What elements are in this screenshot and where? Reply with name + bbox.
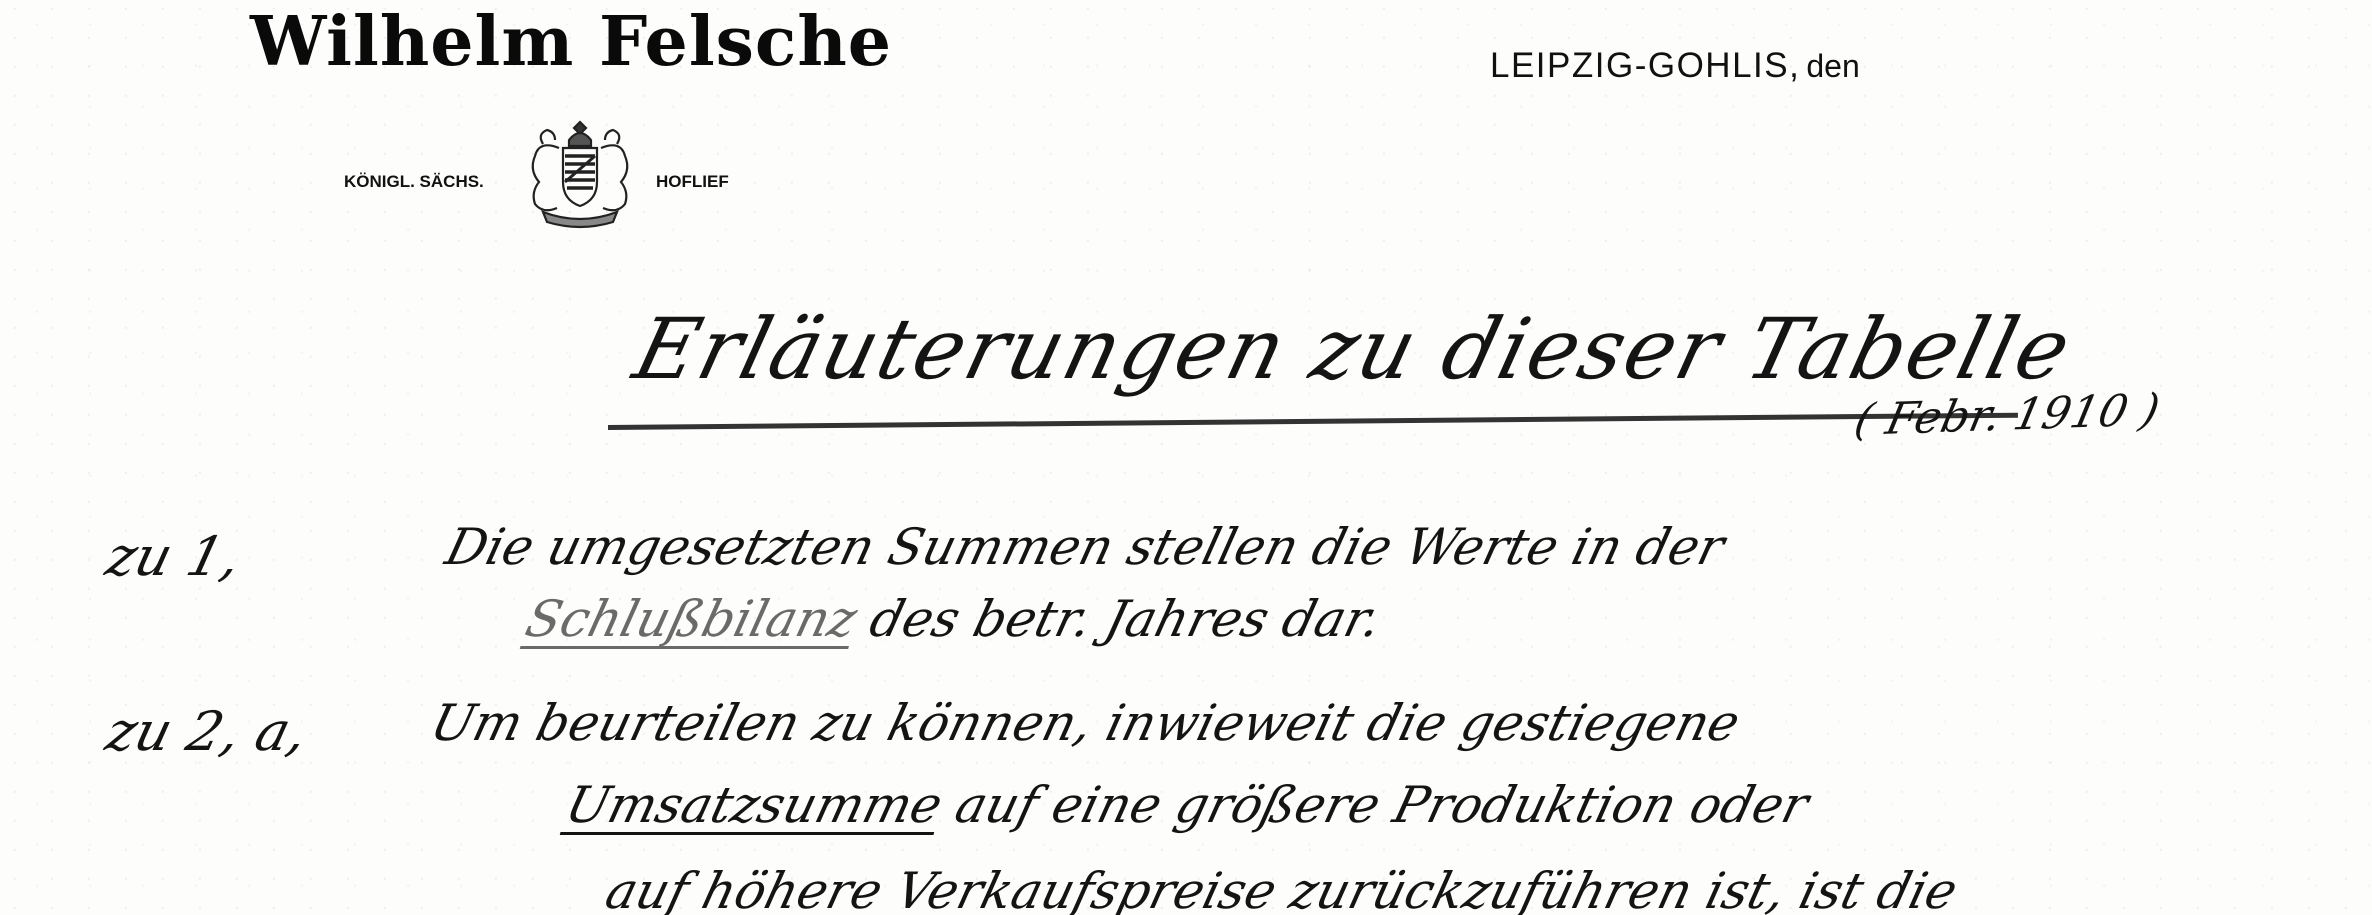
line-continuation: des betr. Jahres dar. bbox=[848, 590, 1387, 648]
underlined-term: Umsatzsumme bbox=[560, 776, 948, 834]
section-2a-line-3: auf höhere Verkaufspreise zurückzuführen… bbox=[600, 862, 1963, 915]
royal-warrant-left: KÖNIGL. SÄCHS. bbox=[344, 172, 484, 192]
section-label-1: zu 1, bbox=[100, 525, 248, 588]
line-continuation: auf eine größere Produktion oder bbox=[934, 776, 1814, 834]
royal-warrant-right: HOFLIEF bbox=[656, 172, 729, 192]
section-1-line-1: Die umgesetzten Summen stellen die Werte… bbox=[440, 518, 1730, 576]
document-title: Erläuterungen zu dieser Tabelle bbox=[625, 300, 2082, 398]
section-2a-line-1: Um beurteilen zu können, inwieweit die g… bbox=[425, 694, 1746, 752]
date-prefix: den bbox=[1806, 48, 1859, 84]
underlined-term: Schlußbilanz bbox=[520, 590, 863, 648]
place-date-line: LEIPZIG-GOHLIS,den bbox=[1490, 46, 1860, 86]
section-2a-line-2: Umsatzsumme auf eine größere Produktion … bbox=[560, 776, 1814, 834]
coat-of-arms-icon bbox=[525, 118, 635, 230]
document-page: Wilhelm Felsche LEIPZIG-GOHLIS,den KÖNIG… bbox=[0, 0, 2372, 915]
firm-name: Wilhelm Felsche bbox=[250, 2, 892, 82]
section-1-line-2: Schlußbilanz des betr. Jahres dar. bbox=[520, 590, 1387, 648]
date-note: ( Febr. 1910 ) bbox=[1850, 385, 2164, 446]
section-label-2a: zu 2, a, bbox=[100, 700, 314, 763]
city: LEIPZIG-GOHLIS, bbox=[1490, 46, 1800, 85]
title-underline bbox=[608, 413, 2018, 430]
